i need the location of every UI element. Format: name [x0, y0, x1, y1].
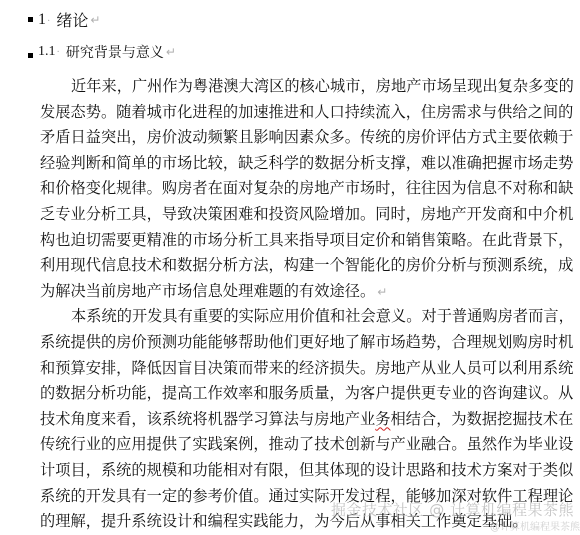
text-line: 系统提供的房价预测功能能够帮助他们更好地了解市场趋势，合理规划购房时机: [40, 330, 560, 356]
text-line: 技术角度来看，该系统将机器学习算法与房地产业务相结合，为数据挖掘技术在: [40, 407, 560, 433]
text-line: 利用现代信息技术和数据分析方法，构建一个智能化的房价分析与预测系统，成: [40, 253, 560, 279]
text-line: 矛盾日益突出，房价波动频繁且影响因素众多。传统的房价评估方式主要依赖于: [40, 125, 560, 151]
heading-2[interactable]: 1.1 研究背景与意义 ↵: [28, 42, 176, 62]
text-line: 经验判断和简单的市场比较，缺乏科学的数据分析支撑，难以准确把握市场走势: [40, 151, 560, 177]
text-line: 传统行业的应用提供了实践案例，推动了技术创新与产业融合。虽然作为毕业设: [40, 432, 560, 458]
text-span: 为解决当前房地产市场信息处理难题的有效途径。: [40, 282, 375, 300]
document-body[interactable]: 近年来，广州作为粤港澳大湾区的核心城市，房地产市场呈现出复杂多变的 发展态势。随…: [40, 74, 560, 535]
text-span: 相结合，为数据挖掘技术在: [390, 410, 573, 428]
heading-title: 绪论: [56, 8, 88, 31]
heading-number: 1.1: [38, 44, 60, 60]
text-line-last: 为解决当前房地产市场信息处理难题的有效途径。↵: [40, 279, 560, 305]
text-line: 和价格变化规律。购房者在面对复杂的房地产市场时，往往因为信息不对称和缺: [40, 176, 560, 202]
heading-title: 研究背景与意义: [66, 42, 164, 62]
paragraph-background[interactable]: 近年来，广州作为粤港澳大湾区的核心城市，房地产市场呈现出复杂多变的 发展态势。随…: [40, 74, 560, 304]
text-line: 的数据分析功能，提高工作效率和服务质量，为客户提供更专业的咨询建议。从: [40, 381, 560, 407]
heading-number: 1: [38, 11, 50, 29]
paragraph-mark-icon: ↵: [166, 45, 176, 59]
watermark: 掘金技术社区 @ 计算机编程果茶熊: [331, 499, 574, 520]
paragraph-mark-icon: ↵: [90, 13, 100, 27]
text-line: 近年来，广州作为粤港澳大湾区的核心城市，房地产市场呈现出复杂多变的: [40, 74, 560, 100]
text-line: 计项目，系统的规模和功能相对有限，但其体现的设计思路和技术方案对于类似: [40, 458, 560, 484]
text-line: 和预算安排，降低因盲目决策而带来的经济损失。房地产从业人员可以利用系统: [40, 356, 560, 382]
text-line: 构也迫切需要更精准的市场分析工具来指导项目定价和销售策略。在此背景下，: [40, 228, 560, 254]
text-line: 发展态势。随着城市化进程的加速推进和人口持续流入，住房需求与供给之间的: [40, 100, 560, 126]
list-bullet-icon: [28, 17, 33, 22]
text-line: 本系统的开发具有重要的实际应用价值和社会意义。对于普通购房者而言，: [40, 304, 560, 330]
paragraph-mark-icon: ↵: [377, 285, 387, 299]
list-bullet-icon: [28, 53, 33, 58]
heading-1[interactable]: 1 绪论 ↵: [28, 8, 100, 31]
spellcheck-flag[interactable]: 务: [375, 410, 390, 428]
text-span: 技术角度来看，该系统将机器学习算法与房地产业: [40, 410, 375, 428]
watermark-secondary: @计算机编程果茶熊: [490, 518, 580, 533]
text-line: 乏专业分析工具，导致决策困难和投资风险增加。同时，房地产开发商和中介机: [40, 202, 560, 228]
